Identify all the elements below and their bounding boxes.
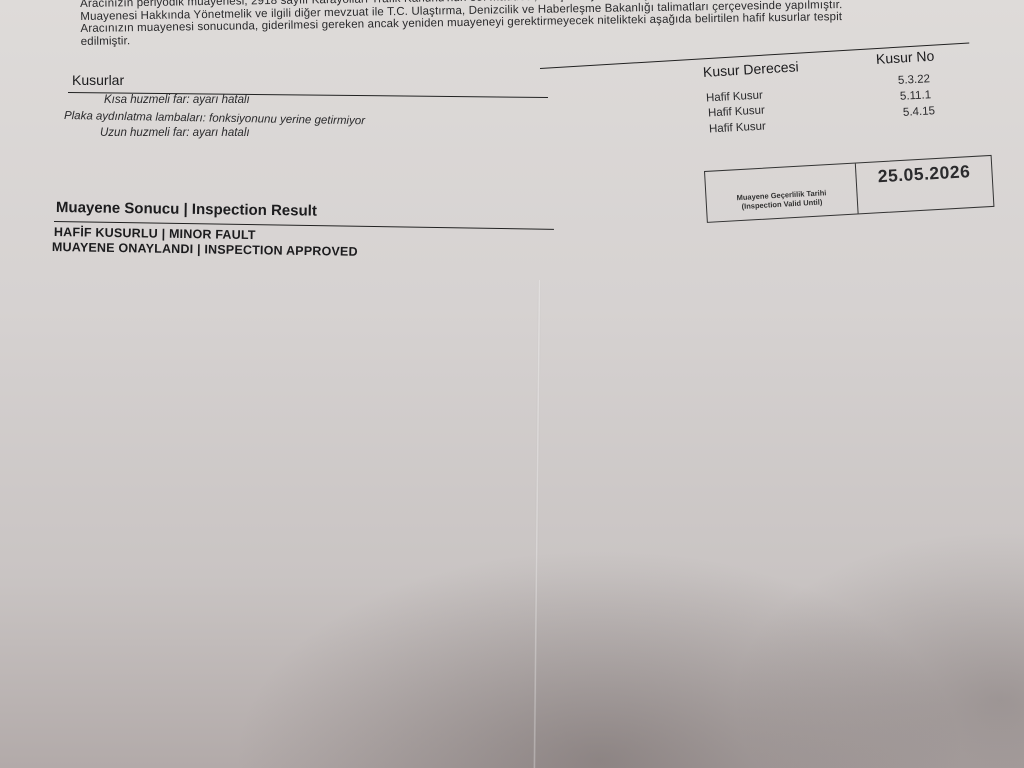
faults-column-header: Kusurlar — [72, 72, 124, 88]
fault-description: Kısa huzmeli far: ayarı hatalı — [104, 94, 250, 106]
inspection-result-title: Muayene Sonucu | Inspection Result — [56, 199, 317, 220]
validity-label: Muayene Geçerlilik Tarihi (Inspection Va… — [705, 164, 859, 222]
fault-description: Uzun huzmeli far: ayarı hatalı — [100, 127, 250, 139]
fault-number: 5.3.22 — [898, 73, 931, 87]
validity-date: 25.05.2026 — [856, 156, 994, 213]
fault-number: 5.4.15 — [903, 105, 936, 119]
fault-number: 5.11.1 — [900, 89, 932, 103]
